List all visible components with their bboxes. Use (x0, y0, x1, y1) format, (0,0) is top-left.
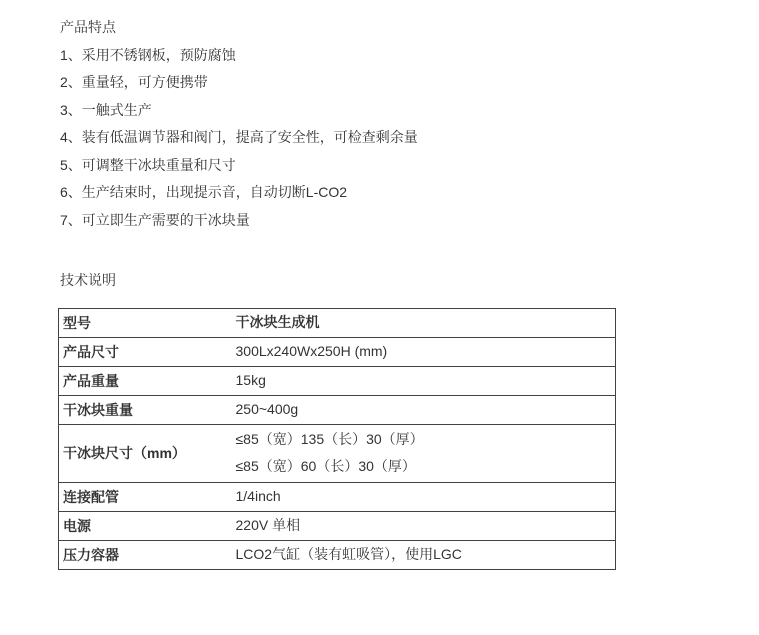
spec-label: 干冰块重量 (59, 395, 236, 424)
table-row-connection-pipe: 连接配管 1/4inch (59, 482, 616, 511)
table-row-power: 电源 220V 单相 (59, 511, 616, 540)
spec-value: 15kg (236, 366, 616, 395)
spec-label: 电源 (59, 511, 236, 540)
table-row-ice-block-weight: 干冰块重量 250~400g (59, 395, 616, 424)
spec-label: 型号 (59, 308, 236, 337)
feature-item-5: 5、可调整干冰块重量和尺寸 (58, 152, 618, 180)
spec-value-line: ≤85（宽）60（长）30（厚） (236, 453, 616, 480)
feature-item-7: 7、可立即生产需要的干冰块量 (58, 207, 618, 235)
spec-label: 压力容器 (59, 540, 236, 569)
table-row-model: 型号 干冰块生成机 (59, 308, 616, 337)
spec-value-line: 15kg (236, 367, 616, 394)
spec-value: 300Lx240Wx250H (mm) (236, 337, 616, 366)
spec-value-line: ≤85（宽）135（长）30（厚） (236, 426, 616, 453)
spec-value-line: 250~400g (236, 396, 616, 423)
table-row-product-size: 产品尺寸 300Lx240Wx250H (mm) (59, 337, 616, 366)
spec-value: 220V 单相 (236, 511, 616, 540)
spec-value: 250~400g (236, 395, 616, 424)
spec-value: LCO2气缸（装有虹吸管），使用LGC (236, 540, 616, 569)
spec-label: 产品重量 (59, 366, 236, 395)
features-title: 产品特点 (58, 14, 618, 42)
feature-item-4: 4、装有低温调节器和阀门，提高了安全性，可检查剩余量 (58, 124, 618, 152)
feature-item-3: 3、一触式生产 (58, 97, 618, 125)
table-row-pressure-vessel: 压力容器 LCO2气缸（装有虹吸管），使用LGC (59, 540, 616, 569)
feature-item-6: 6、生产结束时，出现提示音，自动切断L-CO2 (58, 179, 618, 207)
spec-value-line: 220V 单相 (236, 512, 616, 539)
feature-item-2: 2、重量轻，可方便携带 (58, 69, 618, 97)
spec-value-line: 1/4inch (236, 483, 616, 510)
specs-table: 型号 干冰块生成机 产品尺寸 300Lx240Wx250H (mm) 产品重量 … (58, 308, 616, 570)
spec-label: 干冰块尺寸（mm） (59, 424, 236, 482)
spec-value: 干冰块生成机 (236, 308, 616, 337)
table-row-ice-block-size: 干冰块尺寸（mm） ≤85（宽）135（长）30（厚） ≤85（宽）60（长）3… (59, 424, 616, 482)
spec-value-line: 300Lx240Wx250H (mm) (236, 338, 616, 365)
feature-item-1: 1、采用不锈钢板，预防腐蚀 (58, 42, 618, 70)
table-row-product-weight: 产品重量 15kg (59, 366, 616, 395)
spec-value: 1/4inch (236, 482, 616, 511)
spec-label: 连接配管 (59, 482, 236, 511)
spec-value-line: LCO2气缸（装有虹吸管），使用LGC (236, 541, 616, 568)
product-description-page: 产品特点 1、采用不锈钢板，预防腐蚀 2、重量轻，可方便携带 3、一触式生产 4… (58, 0, 618, 570)
spec-value-line: 干冰块生成机 (236, 309, 616, 336)
specs-title: 技术说明 (58, 267, 618, 295)
specs-section: 技术说明 型号 干冰块生成机 产品尺寸 300Lx240Wx250H (mm) … (58, 267, 618, 570)
spec-value: ≤85（宽）135（长）30（厚） ≤85（宽）60（长）30（厚） (236, 424, 616, 482)
spec-label: 产品尺寸 (59, 337, 236, 366)
features-section: 产品特点 1、采用不锈钢板，预防腐蚀 2、重量轻，可方便携带 3、一触式生产 4… (58, 14, 618, 234)
